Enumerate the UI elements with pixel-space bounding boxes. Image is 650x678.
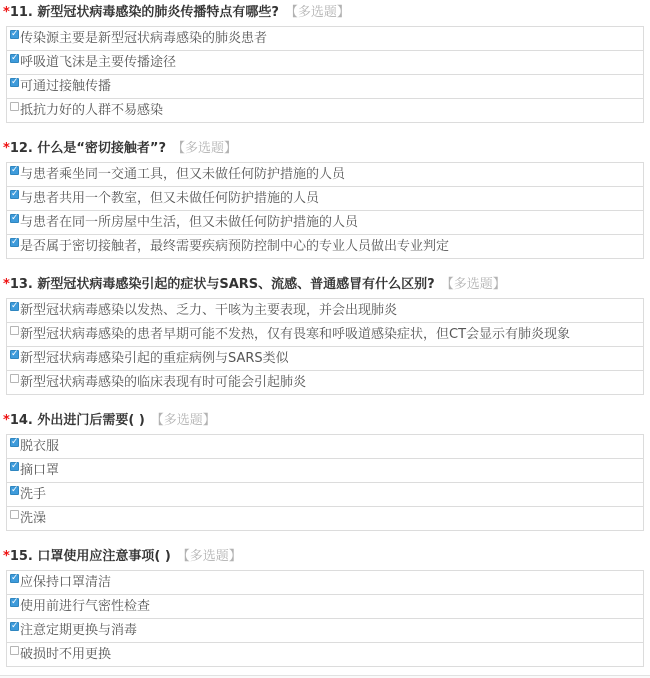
option-row[interactable]: 与患者乘坐同一交通工具，但又未做任何防护措施的人员 bbox=[6, 162, 644, 187]
checkbox-icon[interactable] bbox=[10, 214, 19, 223]
option-label: 使用前进行气密性检查 bbox=[20, 595, 150, 618]
option-row[interactable]: 新型冠状病毒感染引起的重症病例与SARS类似 bbox=[6, 346, 644, 371]
question-title: *11. 新型冠状病毒感染的肺炎传播特点有哪些?【多选题】 bbox=[3, 6, 644, 20]
option-list: 应保持口罩清洁 使用前进行气密性检查 注意定期更换与消毒 破损时不用更换 bbox=[6, 570, 644, 667]
option-label: 脱衣服 bbox=[20, 435, 59, 458]
question-title-text: 15. 口罩使用应注意事项( ) bbox=[10, 549, 171, 564]
option-row[interactable]: 使用前进行气密性检查 bbox=[6, 594, 644, 619]
option-row[interactable]: 应保持口罩清洁 bbox=[6, 570, 644, 595]
checkbox-icon[interactable] bbox=[10, 350, 19, 359]
option-label: 注意定期更换与消毒 bbox=[20, 619, 137, 642]
option-label: 应保持口罩清洁 bbox=[20, 571, 111, 594]
option-label: 新型冠状病毒感染的患者早期可能不发热，仅有畏寒和呼吸道感染症状，但CT会显示有肺… bbox=[20, 323, 570, 346]
option-label: 可通过接触传播 bbox=[20, 75, 111, 98]
checkbox-icon[interactable] bbox=[10, 598, 19, 607]
question-list: *11. 新型冠状病毒感染的肺炎传播特点有哪些?【多选题】 传染源主要是新型冠状… bbox=[0, 6, 650, 667]
checkbox-icon[interactable] bbox=[10, 166, 19, 175]
question-type-tag: 【多选题】 bbox=[172, 141, 237, 156]
option-row[interactable]: 洗澡 bbox=[6, 506, 644, 531]
question-type-tag: 【多选题】 bbox=[151, 413, 216, 428]
checkbox-icon[interactable] bbox=[10, 54, 19, 63]
option-row[interactable]: 破损时不用更换 bbox=[6, 642, 644, 667]
required-asterisk: * bbox=[3, 277, 10, 292]
option-row[interactable]: 洗手 bbox=[6, 482, 644, 507]
checkbox-icon[interactable] bbox=[10, 486, 19, 495]
option-row[interactable]: 新型冠状病毒感染的临床表现有时可能会引起肺炎 bbox=[6, 370, 644, 395]
checkbox-icon[interactable] bbox=[10, 622, 19, 631]
checkbox-icon[interactable] bbox=[10, 510, 19, 519]
question-title-text: 12. 什么是“密切接触者”? bbox=[10, 141, 166, 156]
question-block: *12. 什么是“密切接触者”?【多选题】 与患者乘坐同一交通工具，但又未做任何… bbox=[0, 142, 650, 259]
checkbox-icon[interactable] bbox=[10, 438, 19, 447]
option-row[interactable]: 新型冠状病毒感染以发热、乏力、干咳为主要表现，并会出现肺炎 bbox=[6, 298, 644, 323]
question-block: *15. 口罩使用应注意事项( )【多选题】 应保持口罩清洁 使用前进行气密性检… bbox=[0, 550, 650, 667]
question-block: *11. 新型冠状病毒感染的肺炎传播特点有哪些?【多选题】 传染源主要是新型冠状… bbox=[0, 6, 650, 123]
option-row[interactable]: 抵抗力好的人群不易感染 bbox=[6, 98, 644, 123]
checkbox-icon[interactable] bbox=[10, 30, 19, 39]
question-title: *13. 新型冠状病毒感染引起的症状与SARS、流感、普通感冒有什么区别?【多选… bbox=[3, 278, 644, 292]
option-row[interactable]: 是否属于密切接触者，最终需要疾病预防控制中心的专业人员做出专业判定 bbox=[6, 234, 644, 259]
question-title: *12. 什么是“密切接触者”?【多选题】 bbox=[3, 142, 644, 156]
checkbox-icon[interactable] bbox=[10, 78, 19, 87]
question-title: *14. 外出进门后需要( )【多选题】 bbox=[3, 414, 644, 428]
option-label: 破损时不用更换 bbox=[20, 643, 111, 666]
option-label: 洗手 bbox=[20, 483, 46, 506]
option-label: 与患者共用一个教室，但又未做任何防护措施的人员 bbox=[20, 187, 319, 210]
option-label: 新型冠状病毒感染的临床表现有时可能会引起肺炎 bbox=[20, 371, 306, 394]
option-label: 抵抗力好的人群不易感染 bbox=[20, 99, 163, 122]
option-row[interactable]: 可通过接触传播 bbox=[6, 74, 644, 99]
checkbox-icon[interactable] bbox=[10, 238, 19, 247]
option-list: 新型冠状病毒感染以发热、乏力、干咳为主要表现，并会出现肺炎 新型冠状病毒感染的患… bbox=[6, 298, 644, 395]
option-row[interactable]: 传染源主要是新型冠状病毒感染的肺炎患者 bbox=[6, 26, 644, 51]
option-label: 洗澡 bbox=[20, 507, 46, 530]
option-label: 与患者在同一所房屋中生活，但又未做任何防护措施的人员 bbox=[20, 211, 358, 234]
option-label: 新型冠状病毒感染引起的重症病例与SARS类似 bbox=[20, 347, 289, 370]
required-asterisk: * bbox=[3, 549, 10, 564]
checkbox-icon[interactable] bbox=[10, 302, 19, 311]
checkbox-icon[interactable] bbox=[10, 102, 19, 111]
option-list: 与患者乘坐同一交通工具，但又未做任何防护措施的人员 与患者共用一个教室，但又未做… bbox=[6, 162, 644, 259]
option-label: 摘口罩 bbox=[20, 459, 59, 482]
option-list: 传染源主要是新型冠状病毒感染的肺炎患者 呼吸道飞沫是主要传播途径 可通过接触传播… bbox=[6, 26, 644, 123]
option-list: 脱衣服 摘口罩 洗手 洗澡 bbox=[6, 434, 644, 531]
checkbox-icon[interactable] bbox=[10, 326, 19, 335]
question-type-tag: 【多选题】 bbox=[441, 277, 506, 292]
checkbox-icon[interactable] bbox=[10, 190, 19, 199]
question-title-text: 14. 外出进门后需要( ) bbox=[10, 413, 145, 428]
question-title: *15. 口罩使用应注意事项( )【多选题】 bbox=[3, 550, 644, 564]
option-label: 呼吸道飞沫是主要传播途径 bbox=[20, 51, 176, 74]
required-asterisk: * bbox=[3, 141, 10, 156]
question-type-tag: 【多选题】 bbox=[177, 549, 242, 564]
option-row[interactable]: 注意定期更换与消毒 bbox=[6, 618, 644, 643]
option-label: 是否属于密切接触者，最终需要疾病预防控制中心的专业人员做出专业判定 bbox=[20, 235, 449, 258]
question-block: *14. 外出进门后需要( )【多选题】 脱衣服 摘口罩 洗手 洗澡 bbox=[0, 414, 650, 531]
option-label: 新型冠状病毒感染以发热、乏力、干咳为主要表现，并会出现肺炎 bbox=[20, 299, 397, 322]
question-block: *13. 新型冠状病毒感染引起的症状与SARS、流感、普通感冒有什么区别?【多选… bbox=[0, 278, 650, 395]
required-asterisk: * bbox=[3, 5, 10, 20]
option-label: 传染源主要是新型冠状病毒感染的肺炎患者 bbox=[20, 27, 267, 50]
checkbox-icon[interactable] bbox=[10, 574, 19, 583]
question-type-tag: 【多选题】 bbox=[285, 5, 350, 20]
question-title-text: 13. 新型冠状病毒感染引起的症状与SARS、流感、普通感冒有什么区别? bbox=[10, 277, 435, 292]
checkbox-icon[interactable] bbox=[10, 646, 19, 655]
required-asterisk: * bbox=[3, 413, 10, 428]
option-row[interactable]: 呼吸道飞沫是主要传播途径 bbox=[6, 50, 644, 75]
option-row[interactable]: 脱衣服 bbox=[6, 434, 644, 459]
question-title-text: 11. 新型冠状病毒感染的肺炎传播特点有哪些? bbox=[10, 5, 279, 20]
option-row[interactable]: 新型冠状病毒感染的患者早期可能不发热，仅有畏寒和呼吸道感染症状，但CT会显示有肺… bbox=[6, 322, 644, 347]
option-row[interactable]: 与患者共用一个教室，但又未做任何防护措施的人员 bbox=[6, 186, 644, 211]
option-label: 与患者乘坐同一交通工具，但又未做任何防护措施的人员 bbox=[20, 163, 345, 186]
checkbox-icon[interactable] bbox=[10, 374, 19, 383]
option-row[interactable]: 摘口罩 bbox=[6, 458, 644, 483]
option-row[interactable]: 与患者在同一所房屋中生活，但又未做任何防护措施的人员 bbox=[6, 210, 644, 235]
checkbox-icon[interactable] bbox=[10, 462, 19, 471]
